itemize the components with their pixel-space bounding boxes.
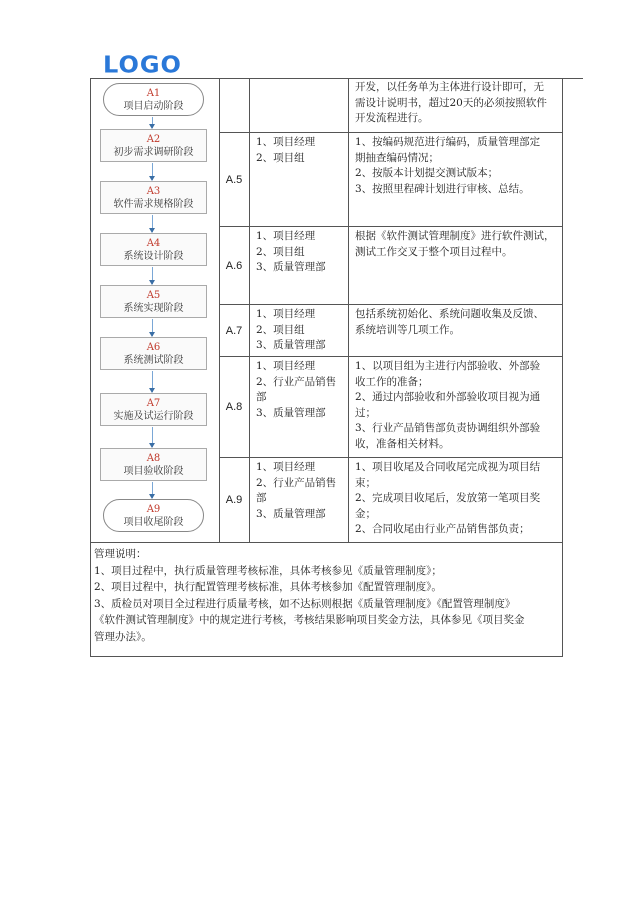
table-row: 开发，以任务单为主体进行设计即可，无 需设计说明书，超过20天的必须按照软件 开… [219,78,562,133]
arrow-down-icon [152,482,153,498]
process-table: A1 项目启动阶段 A2 初步需求调研阶段 A3 软件需求规格阶段 A4 系统设… [90,78,563,657]
responsible-line: 3、质量管理部 [256,260,344,276]
node-code: A4 [101,237,206,250]
node-label: 实施及试运行阶段 [101,410,206,423]
responsible-line: 1、项目经理 [256,135,344,151]
arrow-down-icon [152,163,153,180]
stage-code [219,78,250,132]
note-item: 1、项目过程中，执行质量管理考核标准，具体考核参见《质量管理制度》； [94,563,560,580]
description-cell: 1、项目收尾及合同收尾完成视为项目结 束； 2、完成项目收尾后，发放第一笔项目奖… [350,458,562,542]
responsible-line: 1、项目经理 [256,359,344,375]
responsible-line: 3、质量管理部 [256,406,344,422]
table-row: A.6 1、项目经理 2、项目组 3、质量管理部 根据《软件测试管理制度》进行软… [219,227,562,305]
flow-node-a3: A3 软件需求规格阶段 [100,181,207,214]
description-line: 包括系统初始化、系统问题收集及反馈、 [355,307,558,323]
node-label: 系统设计阶段 [101,250,206,263]
responsible-line: 3、质量管理部 [256,507,344,523]
responsible-line: 1、项目经理 [256,307,344,323]
node-label: 项目验收阶段 [101,465,206,478]
responsible-line: 2、行业产品销售 [256,476,344,492]
description-cell: 根据《软件测试管理制度》进行软件测试， 测试工作交叉于整个项目过程中。 [350,227,562,304]
logo: LOGO [103,52,182,79]
node-label: 软件需求规格阶段 [101,198,206,211]
node-label: 系统测试阶段 [101,354,206,367]
stage-code: A.8 [219,357,250,457]
description-line: 金； [355,507,558,523]
responsible-line: 3、质量管理部 [256,338,344,354]
responsible-line: 2、行业产品销售 [256,375,344,391]
arrow-down-icon [152,371,153,392]
description-line: 期抽查编码情况； [355,151,558,167]
responsible-line: 部 [256,390,344,406]
flow-node-a1: A1 项目启动阶段 [103,83,204,116]
node-label: 项目启动阶段 [104,100,203,113]
responsible-cell: 1、项目经理 2、行业产品销售 部 3、质量管理部 [250,458,349,542]
description-line: 束； [355,476,558,492]
description-line: 2、按版本计划提交测试版本； [355,166,558,182]
description-cell: 1、以项目组为主进行内部验收、外部验 收工作的准备； 2、通过内部验收和外部验收… [350,357,562,457]
description-line: 1、项目收尾及合同收尾完成视为项目结 [355,460,558,476]
table-row: A.7 1、项目经理 2、项目组 3、质量管理部 包括系统初始化、系统问题收集及… [219,305,562,357]
stage-code: A.9 [219,458,250,542]
stage-code: A.6 [219,227,250,304]
description-line: 2、通过内部验收和外部验收项目视为通 [355,390,558,406]
responsible-line: 部 [256,491,344,507]
description-line: 测试工作交叉于整个项目过程中。 [355,245,558,261]
responsible-line: 1、项目经理 [256,460,344,476]
description-line: 3、行业产品销售部负责协调组织外部验 [355,421,558,437]
description-line: 2、完成项目收尾后，发放第一笔项目奖 [355,491,558,507]
description-line: 1、按编码规范进行编码，质量管理部定 [355,135,558,151]
table-row: A.9 1、项目经理 2、行业产品销售 部 3、质量管理部 1、项目收尾及合同收… [219,458,562,542]
description-cell: 1、按编码规范进行编码，质量管理部定 期抽查编码情况； 2、按版本计划提交测试版… [350,133,562,226]
description-line: 收工作的准备； [355,375,558,391]
table-row: A.5 1、项目经理 2、项目组 1、按编码规范进行编码，质量管理部定 期抽查编… [219,133,562,227]
responsible-cell [250,78,349,132]
description-line: 收，准备相关材料。 [355,437,558,453]
description-line: 系统培训等几项工作。 [355,323,558,339]
table-row: A.8 1、项目经理 2、行业产品销售 部 3、质量管理部 1、以项目组为主进行… [219,357,562,458]
notes-title: 管理说明： [94,546,560,563]
flow-node-a9: A9 项目收尾阶段 [103,499,204,532]
node-code: A5 [101,289,206,302]
node-code: A8 [101,452,206,465]
responsible-line: 1、项目经理 [256,229,344,245]
description-line: 根据《软件测试管理制度》进行软件测试， [355,229,558,245]
stage-code: A.7 [219,305,250,356]
description-cell: 开发，以任务单为主体进行设计即可，无 需设计说明书，超过20天的必须按照软件 开… [350,78,562,132]
flowchart: A1 项目启动阶段 A2 初步需求调研阶段 A3 软件需求规格阶段 A4 系统设… [91,78,220,542]
node-label: 系统实现阶段 [101,302,206,315]
description-cell: 包括系统初始化、系统问题收集及反馈、 系统培训等几项工作。 [350,305,562,356]
flow-node-a8: A8 项目验收阶段 [100,448,207,481]
note-item: 2、项目过程中，执行配置管理考核标准，具体考核参加《配置管理制度》。 [94,579,560,596]
responsible-cell: 1、项目经理 2、行业产品销售 部 3、质量管理部 [250,357,349,457]
stage-code: A.5 [219,133,250,226]
description-line: 1、以项目组为主进行内部验收、外部验 [355,359,558,375]
arrow-down-icon [152,319,153,336]
arrow-down-icon [152,215,153,232]
responsible-cell: 1、项目经理 2、项目组 3、质量管理部 [250,227,349,304]
description-line: 开发流程进行。 [355,111,558,127]
description-line: 需设计说明书，超过20天的必须按照软件 [355,96,558,112]
node-code: A1 [104,87,203,100]
node-code: A6 [101,341,206,354]
description-line: 过； [355,406,558,422]
arrow-down-icon [152,427,153,447]
description-line: 2、合同收尾由行业产品销售部负责； [355,522,558,538]
responsible-line: 2、项目组 [256,245,344,261]
node-code: A7 [101,397,206,410]
responsible-line: 2、项目组 [256,151,344,167]
note-item: 《软件测试管理制度》中的规定进行考核，考核结果影响项目奖金方法，具体参见《项目奖… [94,612,560,629]
arrow-down-icon [152,267,153,284]
flow-node-a2: A2 初步需求调研阶段 [100,129,207,162]
node-code: A9 [104,503,203,516]
flow-node-a5: A5 系统实现阶段 [100,285,207,318]
management-notes: 管理说明： 1、项目过程中，执行质量管理考核标准，具体考核参见《质量管理制度》；… [91,542,562,649]
node-code: A3 [101,185,206,198]
flow-node-a7: A7 实施及试运行阶段 [100,393,207,426]
responsible-cell: 1、项目经理 2、项目组 3、质量管理部 [250,305,349,356]
note-item: 3、质检员对项目全过程进行质量考核，如不达标则根据《质量管理制度》《配置管理制度… [94,596,560,613]
responsible-cell: 1、项目经理 2、项目组 [250,133,349,226]
flow-node-a4: A4 系统设计阶段 [100,233,207,266]
node-code: A2 [101,133,206,146]
responsible-line: 2、项目组 [256,323,344,339]
description-line: 开发，以任务单为主体进行设计即可，无 [355,80,558,96]
flow-node-a6: A6 系统测试阶段 [100,337,207,370]
node-label: 初步需求调研阶段 [101,146,206,159]
note-item: 管理办法》。 [94,629,560,646]
node-label: 项目收尾阶段 [104,516,203,529]
arrow-down-icon [152,117,153,128]
description-line: 3、按照里程碑计划进行审核、总结。 [355,182,558,198]
